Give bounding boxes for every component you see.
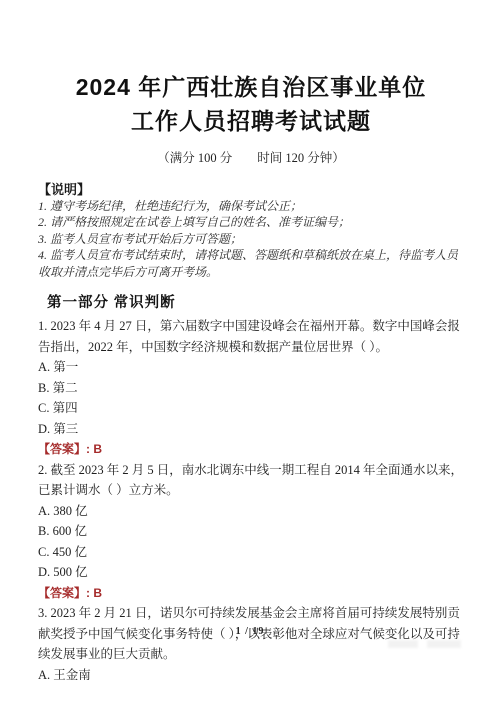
question-option-a: A. 380 亿 xyxy=(38,501,464,522)
question-block-1: 1. 2023 年 4 月 27 日，第六届数字中国建设峰会在福州开幕。数字中国… xyxy=(38,316,464,460)
notice-heading: 【说明】 xyxy=(38,181,464,198)
exam-title-line1: 2024 年广西壮族自治区事业单位 xyxy=(38,70,464,104)
watermark xyxy=(388,640,461,648)
question-option-a: A. 第一 xyxy=(38,357,464,378)
watermark-fragment xyxy=(388,640,418,648)
notice-item-3: 3. 监考人员宣布考试开始后方可答题； xyxy=(38,231,464,247)
exam-title-line2: 工作人员招聘考试试题 xyxy=(38,104,464,138)
question-option-d: D. 第三 xyxy=(38,419,464,440)
question-option-b: B. 600 亿 xyxy=(38,521,464,542)
question-option-b: B. 第二 xyxy=(38,378,464,399)
watermark-fragment xyxy=(427,640,461,648)
notice-item-4: 4. 监考人员宣布考试结束时，请将试题、答题纸和草稿纸放在桌上，待监考人员收取并… xyxy=(38,247,464,280)
exam-subtitle: （满分 100 分 时间 120 分钟） xyxy=(38,148,464,166)
question-stem: 2. 截至 2023 年 2 月 5 日，南水北调东中线一期工程自 2014 年… xyxy=(38,460,464,501)
notice-item-1: 1. 遵守考场纪律，杜绝违纪行为，确保考试公正； xyxy=(38,198,464,214)
section-heading: 第一部分 常识判断 xyxy=(47,291,464,312)
exam-title: 2024 年广西壮族自治区事业单位 工作人员招聘考试试题 xyxy=(38,70,464,138)
question-block-2: 2. 截至 2023 年 2 月 5 日，南水北调东中线一期工程自 2014 年… xyxy=(38,460,464,604)
answer-line: 【答案】: B xyxy=(38,583,464,604)
notice-box: 【说明】 1. 遵守考场纪律，杜绝违纪行为，确保考试公正； 2. 请严格按照规定… xyxy=(38,181,464,280)
page-number: 1 / 19 xyxy=(0,626,500,637)
notice-item-2: 2. 请严格按照规定在试卷上填写自己的姓名、准考证编号； xyxy=(38,214,464,230)
question-option-c: C. 450 亿 xyxy=(38,542,464,563)
answer-line: 【答案】: B xyxy=(38,439,464,460)
exam-paper-page: 2024 年广西壮族自治区事业单位 工作人员招聘考试试题 （满分 100 分 时… xyxy=(0,0,500,707)
question-option-d: D. 500 亿 xyxy=(38,562,464,583)
question-option-a: A. 王金南 xyxy=(38,665,464,686)
question-option-c: C. 第四 xyxy=(38,398,464,419)
question-stem: 1. 2023 年 4 月 27 日，第六届数字中国建设峰会在福州开幕。数字中国… xyxy=(38,316,464,357)
